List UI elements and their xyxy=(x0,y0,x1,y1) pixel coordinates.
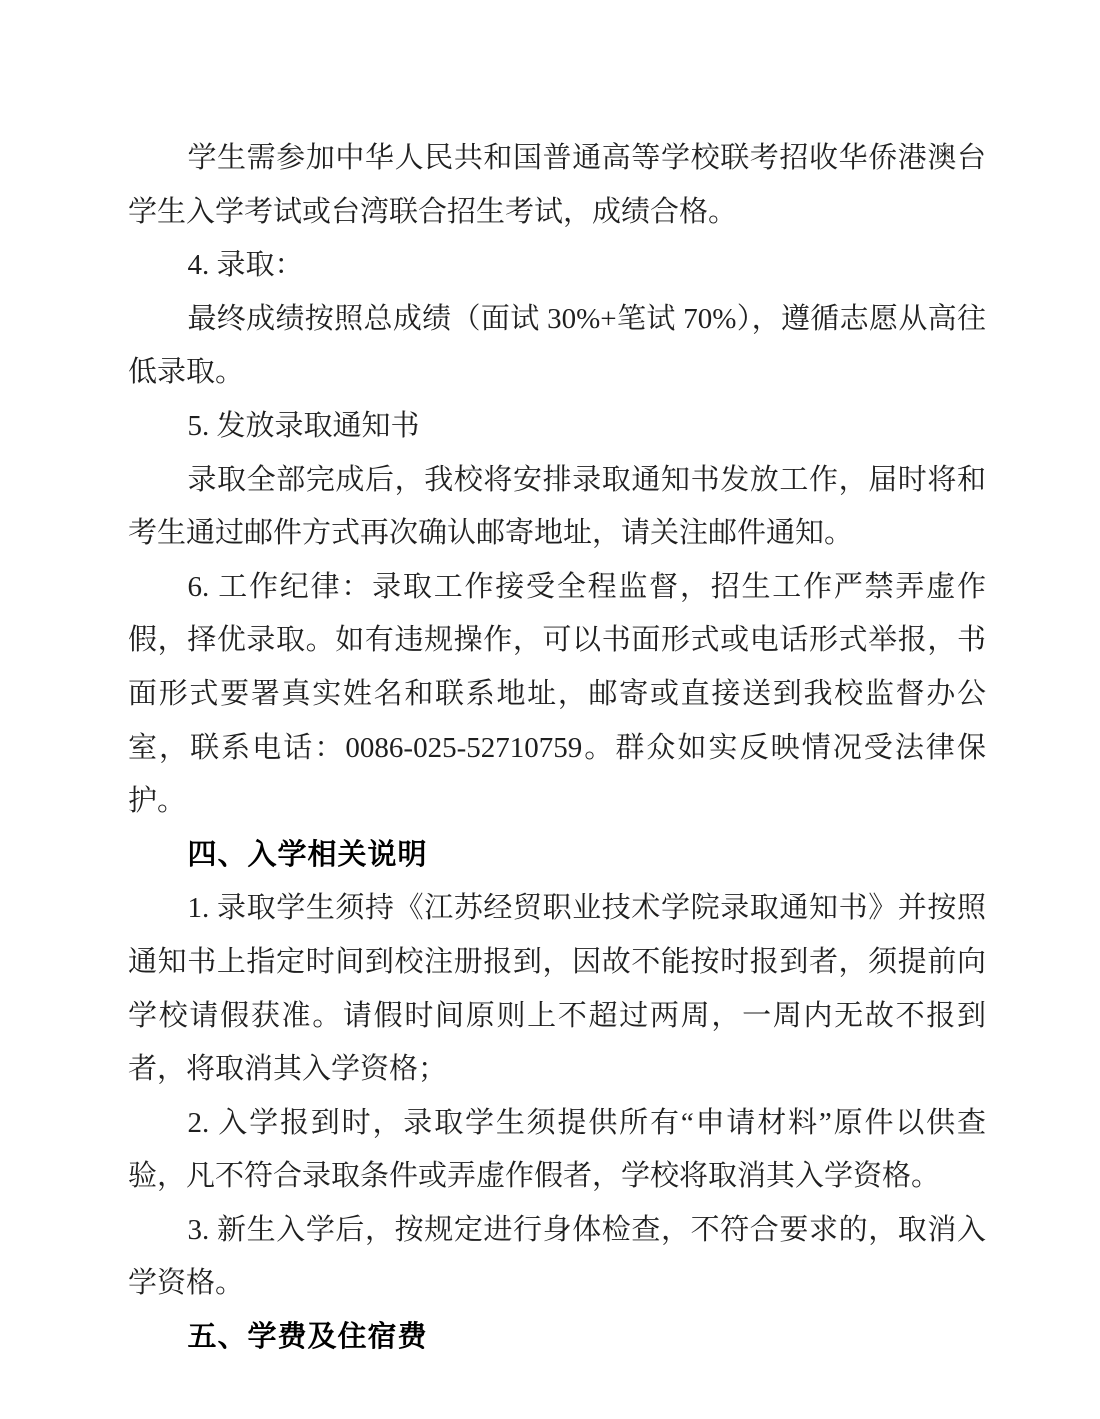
section-heading-5-tuition: 五、学费及住宿费 xyxy=(128,1311,986,1365)
paragraph-item-5-notice-letter: 5. 发放录取通知书 xyxy=(128,400,986,454)
document-page: 学生需参加中华人民共和国普通高等学校联考招收华侨港澳台学生入学考试或台湾联合招生… xyxy=(0,0,1100,1419)
paragraph-enrollment-rule-3: 3. 新生入学后，按规定进行身体检查，不符合要求的，取消入学资格。 xyxy=(128,1204,986,1311)
paragraph-notice-mailing: 录取全部完成后，我校将安排录取通知书发放工作，届时将和考生通过邮件方式再次确认邮… xyxy=(128,454,986,561)
paragraph-item-4-admission: 4. 录取： xyxy=(128,239,986,293)
paragraph-exam-requirement: 学生需参加中华人民共和国普通高等学校联考招收华侨港澳台学生入学考试或台湾联合招生… xyxy=(128,132,986,239)
paragraph-enrollment-rule-1: 1. 录取学生须持《江苏经贸职业技术学院录取通知书》并按照通知书上指定时间到校注… xyxy=(128,882,986,1096)
document-text-block: 学生需参加中华人民共和国普通高等学校联考招收华侨港澳台学生入学考试或台湾联合招生… xyxy=(128,132,986,1365)
paragraph-enrollment-rule-2: 2. 入学报到时，录取学生须提供所有“申请材料”原件以供查验，凡不符合录取条件或… xyxy=(128,1097,986,1204)
section-heading-4-enrollment: 四、入学相关说明 xyxy=(128,829,986,883)
paragraph-item-6-discipline: 6. 工作纪律：录取工作接受全程监督，招生工作严禁弄虚作假，择优录取。如有违规操… xyxy=(128,561,986,829)
paragraph-final-score-rule: 最终成绩按照总成绩（面试 30%+笔试 70%），遵循志愿从高往低录取。 xyxy=(128,293,986,400)
